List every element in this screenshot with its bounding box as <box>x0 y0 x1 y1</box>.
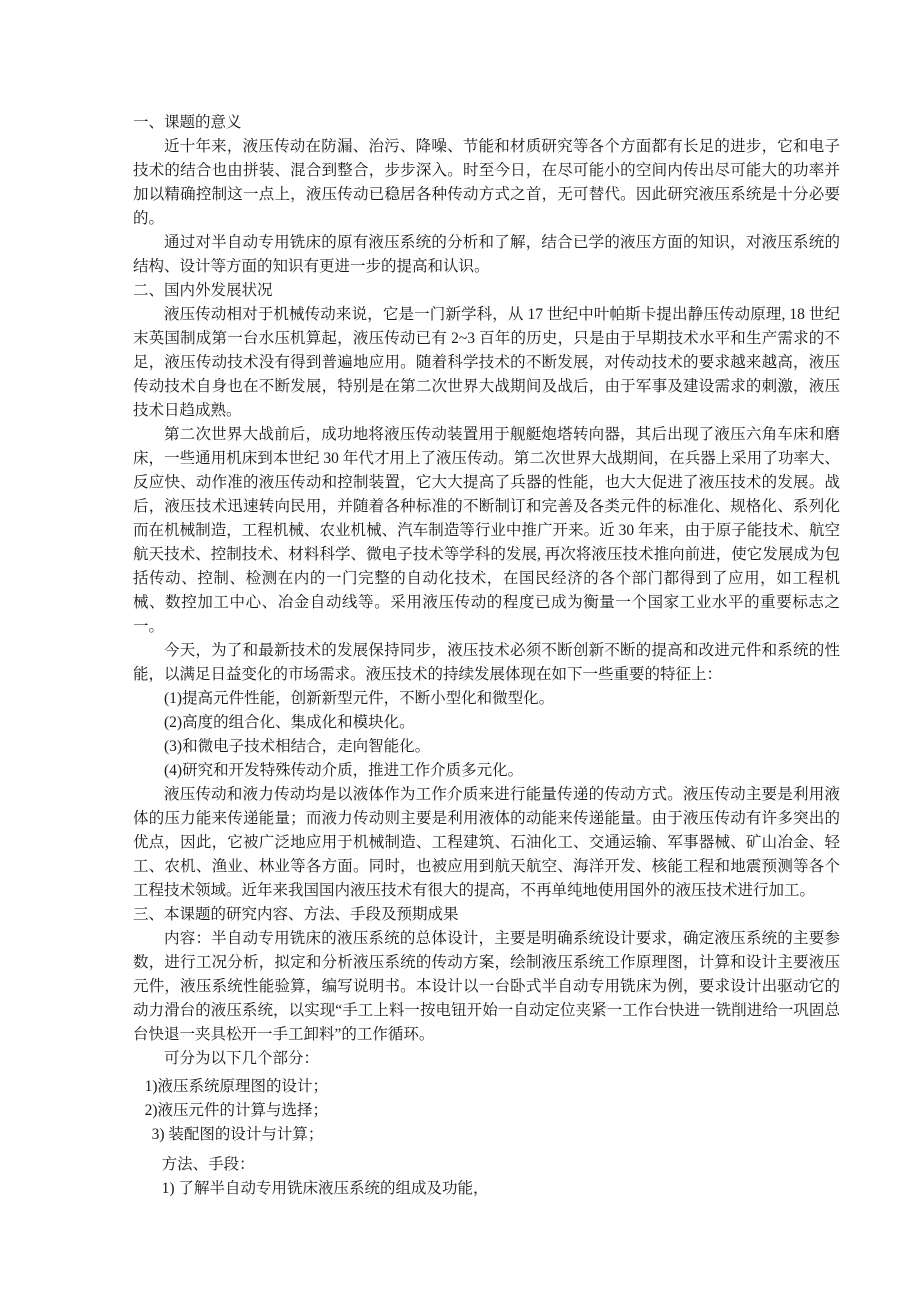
paragraph: 今天，为了和最新技术的发展保持同步，液压技术必须不断创新不断的提高和改进元件和系… <box>133 639 840 687</box>
section-heading: 三、本课题的研究内容、方法、手段及预期成果 <box>133 903 840 927</box>
list-item: (3)和微电子技术相结合，走向智能化。 <box>133 735 840 759</box>
document-body: 一、课题的意义近十年来，液压传动在防漏、治污、降噪、节能和材质研究等各个方面都有… <box>133 111 840 1201</box>
section-heading: 一、课题的意义 <box>133 111 840 135</box>
list-item: (4)研究和开发特殊传动介质，推进工作介质多元化。 <box>133 759 840 783</box>
list-item: 3) 装配图的设计与计算； <box>133 1123 840 1147</box>
paragraph: 1) 了解半自动专用铣床液压系统的组成及功能， <box>133 1177 840 1201</box>
paragraph: 内容：半自动专用铣床的液压系统的总体设计，主要是明确系统设计要求，确定液压系统的… <box>133 927 840 1047</box>
list-item: (1)提高元件性能，创新新型元件，不断小型化和微型化。 <box>133 687 840 711</box>
paragraph: 方法、手段： <box>133 1153 840 1177</box>
paragraph: 液压传动相对于机械传动来说，它是一门新学科，从 17 世纪中叶帕斯卡提出静压传动… <box>133 303 840 423</box>
list-item: (2)高度的组合化、集成化和模块化。 <box>133 711 840 735</box>
paragraph: 液压传动和液力传动均是以液体作为工作介质来进行能量传递的传动方式。液压传动主要是… <box>133 783 840 903</box>
list-item: 2)液压元件的计算与选择； <box>133 1099 840 1123</box>
list-item: 1)液压系统原理图的设计； <box>133 1075 840 1099</box>
paragraph: 通过对半自动专用铣床的原有液压系统的分析和了解，结合已学的液压方面的知识，对液压… <box>133 231 840 279</box>
paragraph: 第二次世界大战前后，成功地将液压传动装置用于舰艇炮塔转向器，其后出现了液压六角车… <box>133 423 840 639</box>
section-heading: 二、国内外发展状况 <box>133 279 840 303</box>
paragraph: 可分为以下几个部分： <box>133 1047 840 1071</box>
paragraph: 近十年来，液压传动在防漏、治污、降噪、节能和材质研究等各个方面都有长足的进步，它… <box>133 135 840 231</box>
